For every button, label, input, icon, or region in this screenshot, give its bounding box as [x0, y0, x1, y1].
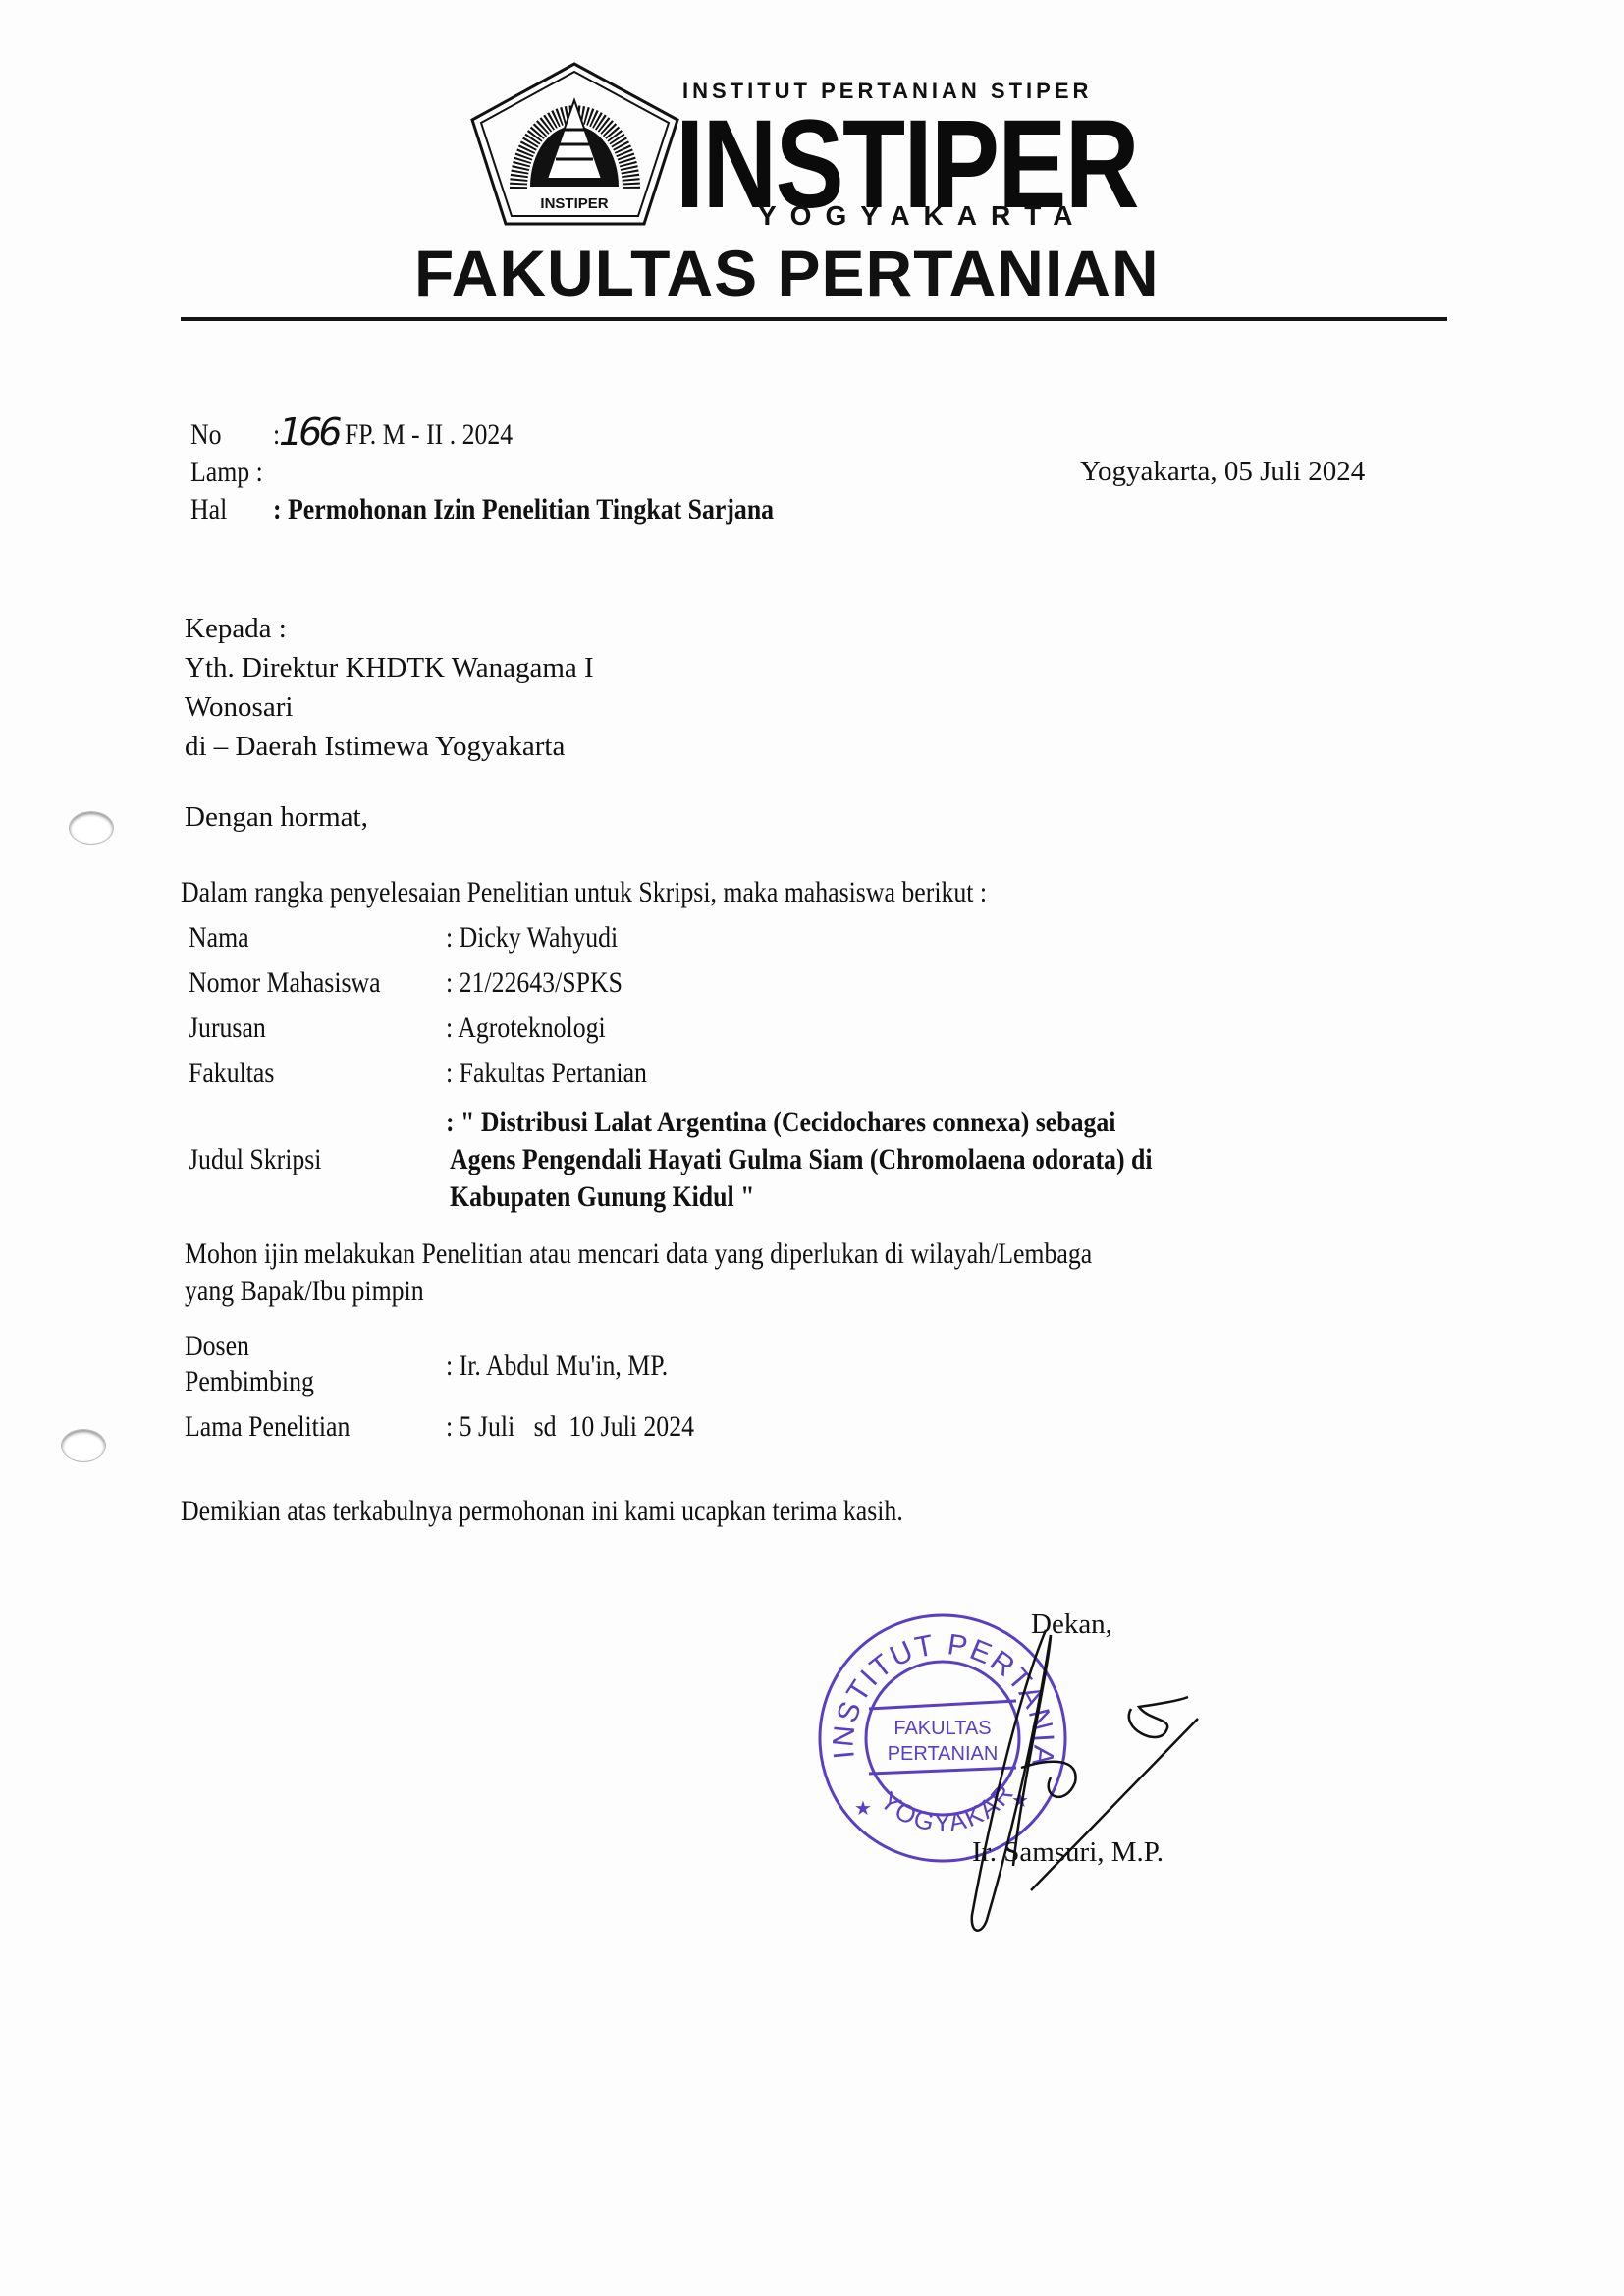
field-label-faculty: Fakultas [189, 1059, 274, 1088]
thesis-title-line: Agens Pengendali Hayati Gulma Siam (Chro… [450, 1145, 1153, 1175]
place-date: Yogyakarta, 05 Juli 2024 [1080, 458, 1365, 486]
letterhead-divider [181, 317, 1447, 321]
svg-text:INSTIPER: INSTIPER [540, 195, 608, 212]
recipient-block: Kepada : Yth. Direktur KHDTK Wanagama I … [185, 615, 594, 772]
closing-text: Demikian atas terkabulnya permohonan ini… [181, 1497, 903, 1526]
request-line: Mohon ijin melakukan Penelitian atau men… [185, 1239, 1092, 1269]
recipient-line: Kepada : [185, 615, 594, 654]
advisor-label-2: Pembimbing [185, 1367, 314, 1396]
field-value-student-number: : 21/22643/SPKS [446, 968, 623, 998]
advisor-value: : Ir. Abdul Mu'in, MP. [446, 1351, 668, 1381]
attachment-label: Lamp : [190, 458, 263, 487]
field-label-name: Nama [189, 923, 249, 953]
faculty-title: FAKULTAS PERTANIAN [414, 236, 1160, 310]
subject-value: : Permohonan Izin Penelitian Tingkat Sar… [273, 495, 774, 524]
field-label-student-number: Nomor Mahasiswa [189, 968, 381, 998]
institute-city: YOGYAKARTA [758, 200, 1086, 232]
letter-number-suffix: . FP. M - II . 2024 [332, 420, 513, 450]
duration-value: : 5 Juli sd 10 Juli 2024 [446, 1412, 694, 1442]
field-value-name: : Dicky Wahyudi [446, 923, 618, 953]
advisor-label: Dosen [185, 1332, 249, 1361]
thesis-title-line: : " Distribusi Lalat Argentina (Cecidoch… [446, 1108, 1115, 1137]
punch-hole-top [69, 811, 114, 845]
field-value-department: : Agroteknologi [446, 1013, 606, 1043]
recipient-line: Wonosari [185, 693, 594, 733]
punch-hole-bottom [61, 1429, 106, 1462]
recipient-line: di – Daerah Istimewa Yogyakarta [185, 733, 594, 772]
signature-icon [903, 1611, 1208, 1935]
salutation: Dengan hormat, [185, 803, 368, 832]
svg-text:★: ★ [854, 1798, 872, 1820]
field-label-department: Jurusan [189, 1013, 266, 1043]
number-label: No [190, 420, 222, 450]
letter-number-handwritten: 166 [279, 410, 339, 454]
intro-text: Dalam rangka penyelesaian Penelitian unt… [181, 878, 987, 907]
thesis-title-line: Kabupaten Gunung Kidul " [450, 1182, 754, 1212]
duration-label: Lama Penelitian [185, 1412, 350, 1442]
recipient-line: Yth. Direktur KHDTK Wanagama I [185, 654, 594, 693]
request-line: yang Bapak/Ibu pimpin [185, 1277, 424, 1306]
field-value-faculty: : Fakultas Pertanian [446, 1059, 647, 1088]
instiper-logo-icon: INSTIPER [469, 61, 680, 228]
field-label-thesis: Judul Skripsi [189, 1145, 321, 1175]
subject-label: Hal [190, 495, 227, 524]
